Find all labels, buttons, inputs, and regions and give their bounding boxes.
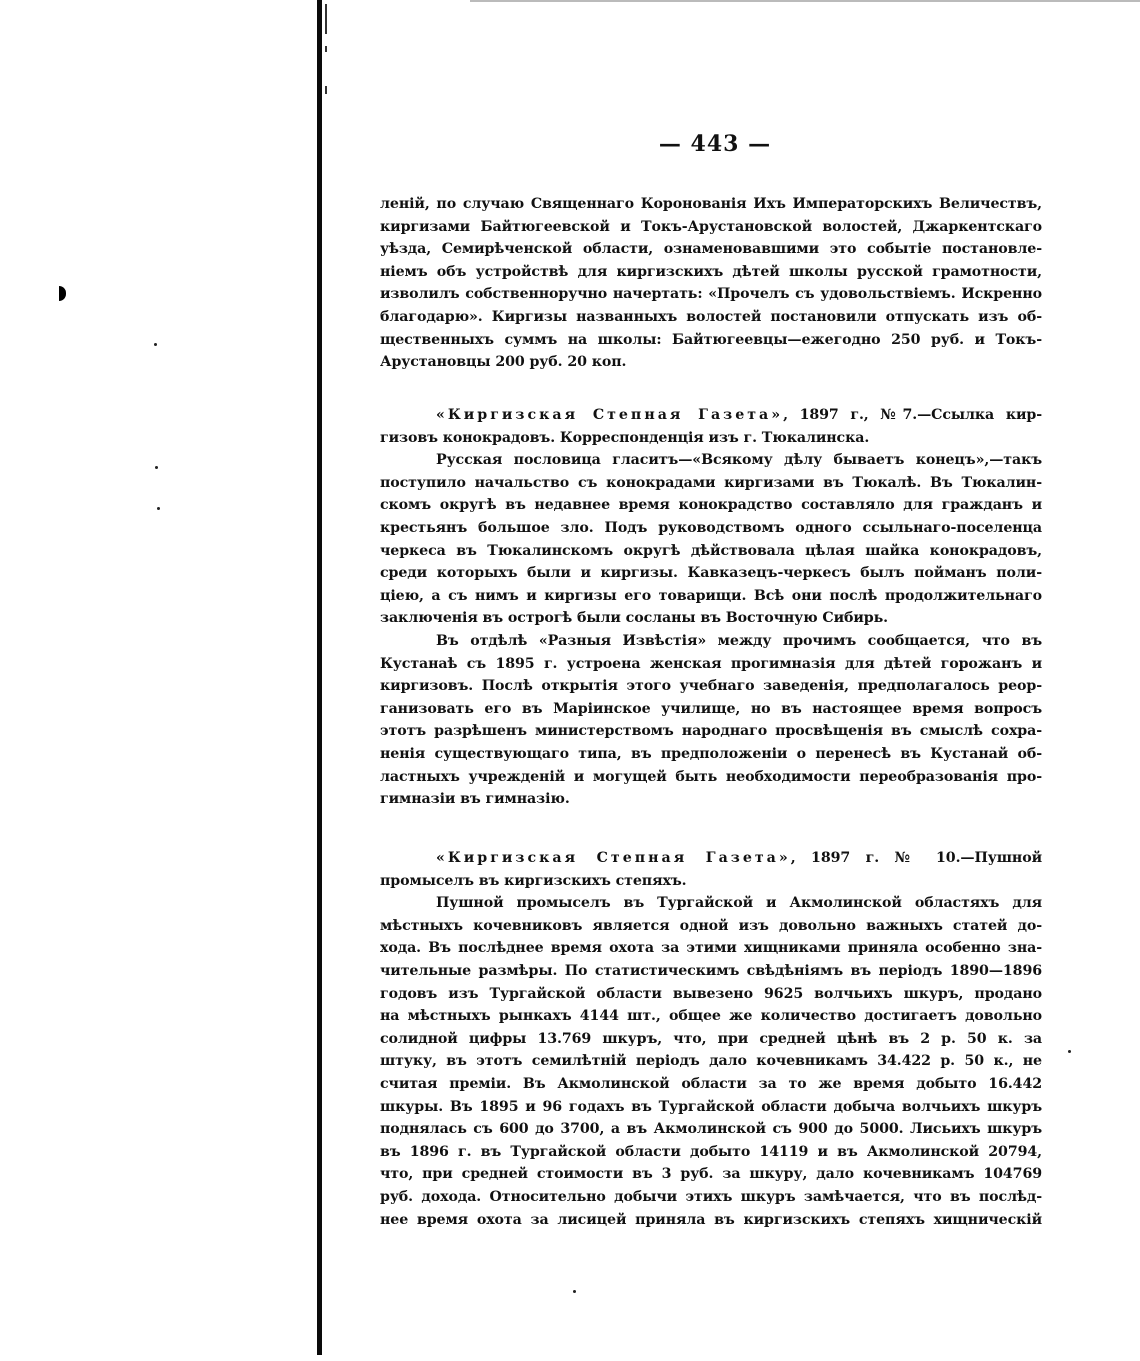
text-line: среди которыхъ были и киргизы. Кавказецъ…	[380, 562, 1042, 585]
text-line: киргизовъ. Послѣ открытія этого учебнаго…	[380, 675, 1042, 698]
text-line: руб. дохода. Относительно добычи этихъ ш…	[380, 1186, 1042, 1209]
top-edge-rule	[470, 0, 1140, 2]
text-line: Русская пословица гласитъ—«Всякому дѣлу …	[380, 449, 1042, 472]
text-line: поднялась съ 600 до 3700, а въ Акмолинск…	[380, 1118, 1042, 1141]
text-line: ганизовать его въ Маріинское училище, но…	[380, 698, 1042, 721]
page-number: — 443 —	[0, 131, 1140, 157]
newspaper-title: «Киргизская Степная Газета»	[436, 850, 791, 866]
speck	[154, 343, 157, 346]
section-heading: «Киргизская Степная Газета», 1897 г., №7…	[380, 404, 1042, 449]
text-line: годовъ изъ Тургайской области вывезено 9…	[380, 983, 1042, 1006]
paragraph: Въ отдѣлѣ «Разныя Извѣстія» между прочим…	[380, 630, 1042, 811]
binding-mark	[325, 4, 327, 34]
section-heading: «Киргизская Степная Газета», 1897 г. № 1…	[380, 847, 1042, 892]
heading-line: «Киргизская Степная Газета», 1897 г., №7…	[380, 404, 1042, 427]
binding-edge-line	[317, 0, 322, 1355]
text-line: считая преміи. Въ Акмолинской области за…	[380, 1073, 1042, 1096]
section-fur-trade: «Киргизская Степная Газета», 1897 г. № 1…	[380, 847, 1042, 1231]
text-line: нее время охота за лисицей приняла въ ки…	[380, 1209, 1042, 1232]
continuation-paragraph: леній, по случаю Священнаго Коронованія …	[380, 193, 1042, 374]
text-line: изволилъ собственноручно начертать: «Про…	[380, 283, 1042, 306]
text-line: штуку, въ этотъ семилѣтній періодъ дало …	[380, 1050, 1042, 1073]
text-line: щественныхъ суммъ на школы: Байтюгеевцы—…	[380, 329, 1042, 352]
ink-blot	[59, 286, 66, 301]
text-line: мѣстныхъ кочевниковъ является одной изъ …	[380, 915, 1042, 938]
text-line: ціею, а съ нимъ и киргизы его товарищи. …	[380, 585, 1042, 608]
heading-line: промыселъ въ киргизскихъ степяхъ.	[380, 870, 1042, 893]
text-line: Кустанаѣ съ 1895 г. устроена женская про…	[380, 653, 1042, 676]
heading-line: гизовъ конокрадовъ. Корреспонденція изъ …	[380, 427, 1042, 450]
text-line: хода. Въ послѣднее время охота за этими …	[380, 937, 1042, 960]
text-line: этотъ разрѣшенъ министерствомъ народнаго…	[380, 720, 1042, 743]
text-line: что, при средней стоимости въ 3 руб. за …	[380, 1163, 1042, 1186]
speck	[1068, 1050, 1071, 1053]
paragraph: Русская пословица гласитъ—«Всякому дѣлу …	[380, 449, 1042, 630]
text-line: чительные размѣры. По статистическимъ св…	[380, 960, 1042, 983]
text-line: солидной цифры 13.769 шкуръ, что, при ср…	[380, 1028, 1042, 1051]
text-line: шкуры. Въ 1895 и 96 годахъ въ Тургайской…	[380, 1096, 1042, 1119]
text-line: Въ отдѣлѣ «Разныя Извѣстія» между прочим…	[380, 630, 1042, 653]
text-line: ластныхъ учрежденій и могущей быть необх…	[380, 766, 1042, 789]
text-line: заключенія въ острогѣ были сосланы въ Во…	[380, 607, 1042, 630]
text-line: ненія существующаго типа, въ предположен…	[380, 743, 1042, 766]
heading-line: «Киргизская Степная Газета», 1897 г. № 1…	[380, 847, 1042, 870]
text-line: гимназіи въ гимназію.	[380, 788, 1042, 811]
newspaper-title: «Киргизская Степная Газета»	[436, 407, 783, 423]
text-line: на мѣстныхъ рынкахъ 4144 шт., общее же к…	[380, 1005, 1042, 1028]
text-line: черкеса въ Тюкалинскомъ округѣ дѣйствова…	[380, 540, 1042, 563]
speck	[157, 507, 160, 510]
text-line: поступило начальство съ конокрадами кирг…	[380, 472, 1042, 495]
text-line: скомъ округѣ въ недавнее время конокрадс…	[380, 494, 1042, 517]
paragraph: Пушной промыселъ въ Тургайской и Акмолин…	[380, 892, 1042, 1231]
binding-mark	[325, 46, 327, 52]
binding-mark	[325, 86, 327, 94]
text-line: Пушной промыселъ въ Тургайской и Акмолин…	[380, 892, 1042, 915]
text-line: уѣзда, Семирѣченской области, ознаменова…	[380, 238, 1042, 261]
text-line: Арустановцы 200 руб. 20 коп.	[380, 351, 1042, 374]
text-line: крестьянъ большое зло. Подъ руководством…	[380, 517, 1042, 540]
text-line: благодарю». Киргизы названныхъ волостей …	[380, 306, 1042, 329]
text-line: киргизами Байтюгеевской и Токъ-Арустанов…	[380, 216, 1042, 239]
text-line: ніемъ объ устройствѣ для киргизскихъ дѣт…	[380, 261, 1042, 284]
text-line: въ 1896 г. въ Тургайской области добыто …	[380, 1141, 1042, 1164]
speck	[155, 466, 158, 469]
speck	[573, 1290, 576, 1293]
text-line: леній, по случаю Священнаго Коронованія …	[380, 193, 1042, 216]
section-horse-thieves: «Киргизская Степная Газета», 1897 г., №7…	[380, 404, 1042, 811]
